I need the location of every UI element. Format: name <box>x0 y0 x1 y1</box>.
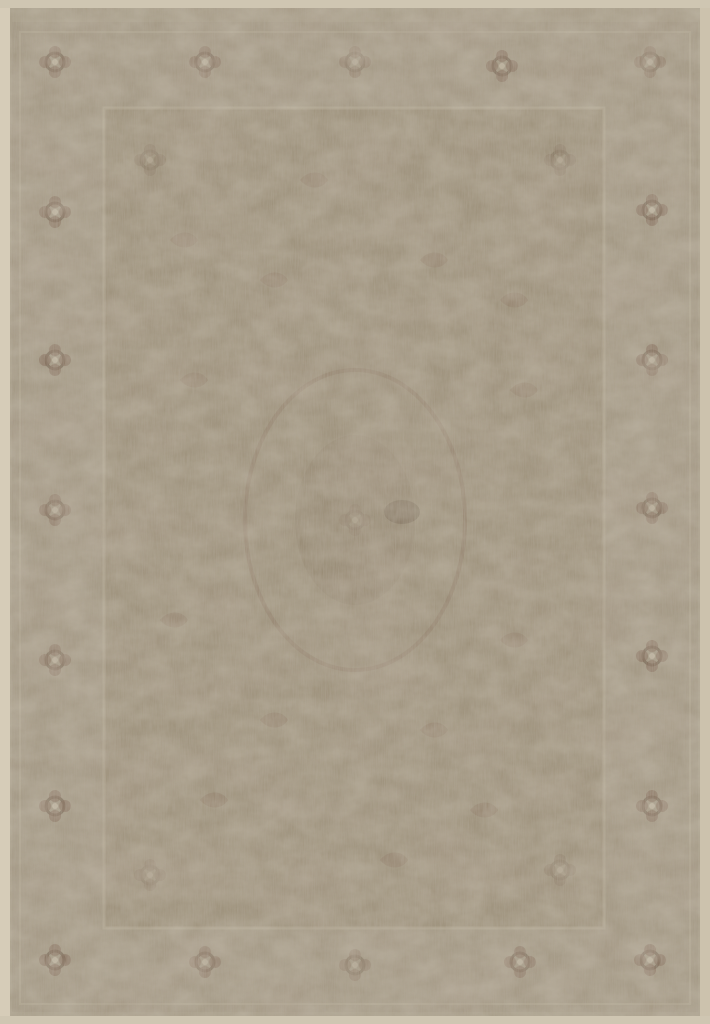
rug-photo <box>0 0 710 1024</box>
pile-grain <box>10 8 700 1018</box>
rug-illustration <box>0 0 710 1024</box>
